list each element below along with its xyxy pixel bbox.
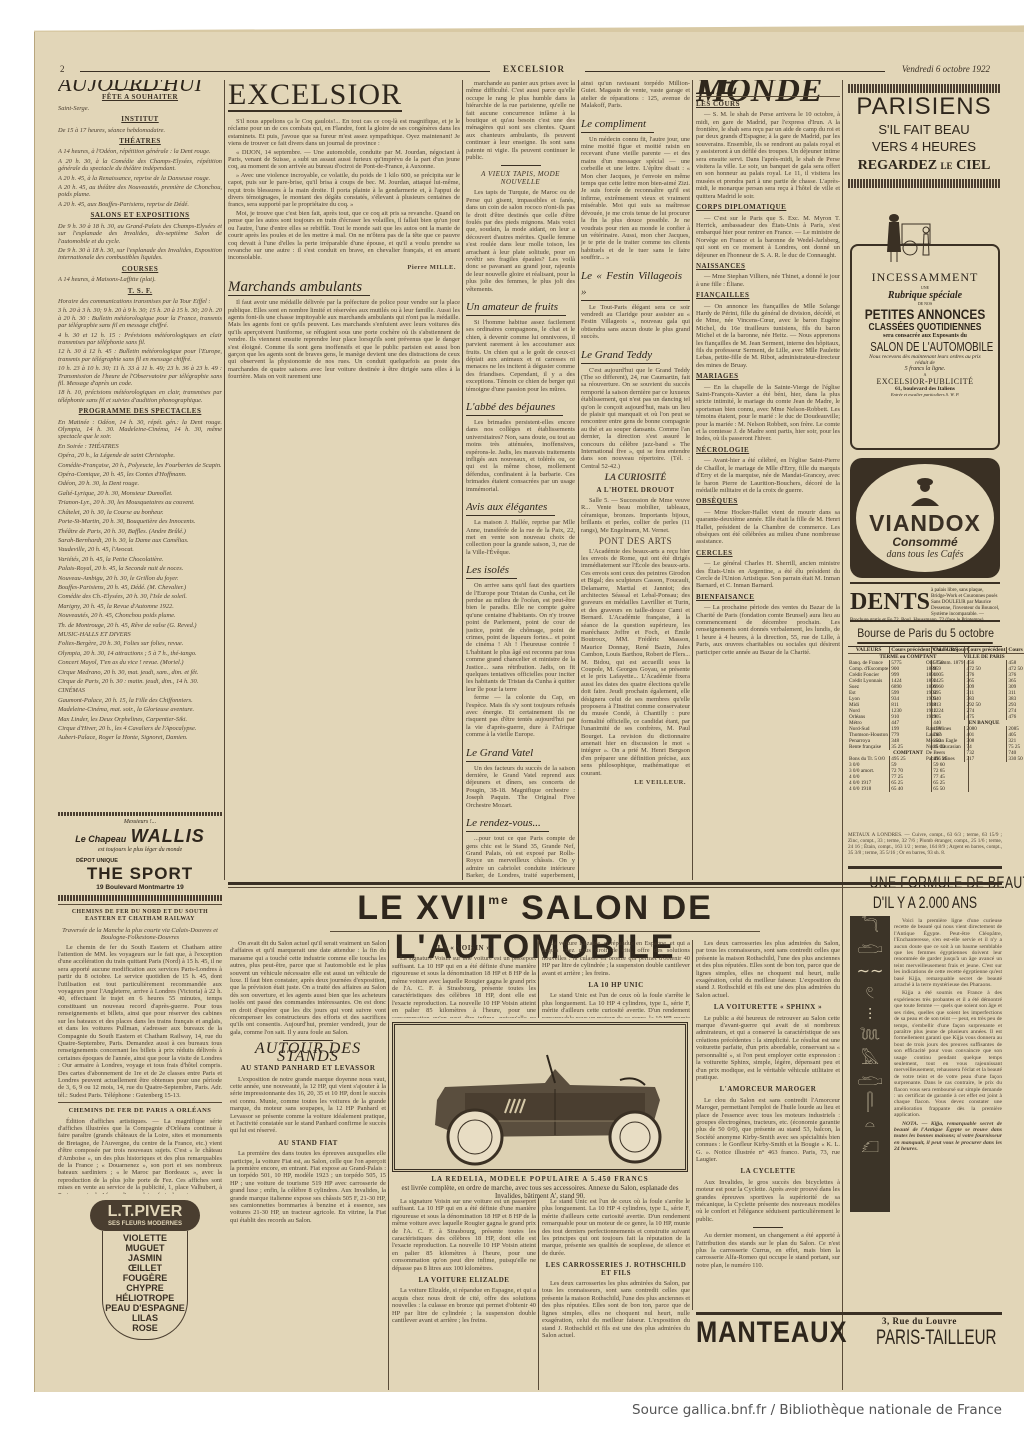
chemin-nord-body: Le chemin de fer du South Eastern et Cha… bbox=[58, 944, 222, 1100]
veilleur-signature: LE VEILLEUR. bbox=[581, 779, 686, 786]
listing-item: Olympia, 20 h. 30, 14 attractions ; 5 à … bbox=[58, 650, 222, 657]
sphinx-heading: LA VOITURETTE « SPHINX » bbox=[696, 1004, 840, 1011]
fiat-text: La première des dans toutes les épreuves… bbox=[230, 1150, 386, 1224]
parisiens-ad: PARISIENS S'IL FAIT BEAU VERS 4 HEURES R… bbox=[848, 84, 1000, 210]
wallis-tagline: est toujours le plus léger du monde bbox=[58, 847, 222, 853]
piver-scent: PEAU D'ESPAGNE bbox=[103, 1303, 187, 1313]
wallis-line1: Le Chapeau bbox=[75, 834, 126, 844]
piver-scent: VIOLETTE bbox=[103, 1233, 187, 1243]
stands-title: AUTOUR DES STANDS bbox=[230, 1045, 386, 1060]
section-heading: THÉATRES bbox=[58, 138, 222, 145]
chemins-de-fer-column: CHEMINS DE FER DU NORD ET DU SOUTH EASTE… bbox=[58, 904, 222, 1194]
fruits-text: Si l'homme habitue assez facilement ses … bbox=[466, 319, 575, 393]
listing-item: Concert Mayol, T'en as du vice ! revue. … bbox=[58, 659, 222, 666]
beaute-text2: Kijja a été soumis en France à des expér… bbox=[894, 990, 1002, 1118]
salon-last-note: Au dernier moment, un changement a été a… bbox=[696, 1232, 840, 1269]
listing-item: A 14 heures, à l'Odéon, répétition génér… bbox=[58, 148, 222, 155]
cyclette-text: Aux Invalides, le gros succès des bicycl… bbox=[696, 1179, 840, 1223]
listing-item: A 20 h. 45, au théâtre des Nouveautés, p… bbox=[58, 184, 222, 199]
pa-entree: Entrée et escalier particuliers S. W. P. bbox=[852, 392, 998, 397]
listing-item: Aubert-Palace, Roger la Honte, Signoret,… bbox=[58, 734, 222, 741]
article-paragraph: S'il nous appelions ça le Coq gaulois!..… bbox=[228, 118, 460, 148]
wallis-pre: Messieurs !... bbox=[58, 819, 222, 825]
listing-item: MUSIC-HALLS ET DIVERS bbox=[58, 631, 222, 638]
petites-annonces-ad: INCESSAMMENT UNE Rubrique spéciale DE NO… bbox=[850, 244, 1000, 450]
listing-item: 4 h. 30 et 12 h. 15 : Prévisions météoro… bbox=[58, 332, 222, 347]
compliment-text: Un médecin connu fit, l'autre jour, une … bbox=[581, 136, 690, 262]
issue-date: Vendredi 6 octobre 1922 bbox=[902, 64, 990, 74]
monde-section-heading: NAISSANCES bbox=[696, 263, 840, 270]
unic-heading: LA 10 HP UNIC bbox=[542, 982, 690, 989]
manteaux-store: PARIS-TAILLEUR bbox=[876, 1326, 996, 1350]
listing-item: Odéon, 20 h. 30, la Dent rouge. bbox=[58, 480, 222, 487]
listing-item: Folies-Bergère, 20 h. 30, Folies sur fol… bbox=[58, 640, 222, 647]
illustration-man-drinking-icon bbox=[856, 476, 994, 511]
redelia-car-photo bbox=[392, 1022, 688, 1172]
tapis-text: Les tapis de Turquie, de Maroc ou de Per… bbox=[466, 189, 575, 293]
car-illustration-icon bbox=[395, 1025, 685, 1169]
listing-item: En Matinée : Odéon, 14 h. 30, répét. gén… bbox=[58, 419, 222, 441]
listing-item: A 20 h. 30, à la Comédie des Champs-Elys… bbox=[58, 158, 222, 173]
monde-section-heading: BIENFAISANCE bbox=[696, 594, 840, 601]
dents-brand: DENTS bbox=[850, 587, 930, 617]
monde-section-heading: MARIAGES bbox=[696, 373, 840, 380]
source-attribution: Source gallica.bnf.fr / Bibliothèque nat… bbox=[0, 1402, 1024, 1418]
header-rule-left bbox=[80, 71, 490, 72]
header-rule-right bbox=[585, 71, 885, 72]
section-heading: PROGRAMME DES SPECTACLES bbox=[58, 408, 222, 415]
monde-section-text: — Avant-hier a été célébré, en l'église … bbox=[696, 457, 840, 494]
monde-section-heading: OBSÈQUES bbox=[696, 498, 840, 505]
piver-scent: JASMIN bbox=[103, 1253, 187, 1263]
monde-section-text: — C'est sur le Paris que S. Exc. M. Myro… bbox=[696, 215, 840, 259]
maroger-text: Le clou du Salon est sans contredit l'Am… bbox=[696, 1097, 840, 1164]
rendez-vous-heading: Le rendez-vous... bbox=[466, 815, 549, 832]
listing-item: Comédie des Ch.-Elysées, 20 h. 30, l'Isl… bbox=[58, 593, 222, 600]
chemin-nord-subtitle: Traversée de la Manche la plus courte vi… bbox=[58, 927, 222, 942]
rothschild-text: Les deux carrosseries les plus admirées … bbox=[542, 1280, 690, 1339]
page-number: 2 bbox=[60, 64, 65, 74]
excelsior-column: EXCELSIOR S'il nous appelions ça le Coq … bbox=[228, 80, 460, 880]
vatel-text: Un des facteurs du succès de la saison d… bbox=[466, 765, 575, 809]
newspaper-name: EXCELSIOR bbox=[503, 64, 565, 74]
fiat-heading: AU STAND FIAT bbox=[230, 1140, 386, 1147]
listing-item: A 14 heures, à Maisons-Laffitte (plat). bbox=[58, 276, 222, 283]
piver-brand: L.T.PIVER bbox=[90, 1203, 200, 1221]
listing-item: De 15 à 17 heures, séance hebdomadaire. bbox=[58, 127, 222, 134]
echos-column: marchande au panier aux prises avec la m… bbox=[466, 80, 690, 880]
voisin-text: La signature Voisin sur une voiture est … bbox=[392, 955, 536, 1018]
banner-ornament-rule bbox=[330, 931, 760, 932]
salon-col-2-bottom: La signature Voisin sur une voiture est … bbox=[392, 1198, 536, 1390]
viandox-brand: VIANDOX bbox=[856, 511, 994, 535]
salon-col-4: Les deux carrosseries les plus admirées … bbox=[696, 940, 840, 1310]
beaute-title2: D'IL Y A 2.000 ANS bbox=[870, 893, 981, 913]
marchands-text: Il faut avoir une médaille délivrée par … bbox=[228, 299, 460, 380]
pa-recevons: Nous recevons dès maintenant leurs ordre… bbox=[852, 354, 998, 366]
salon-col-3-top: La voiture Elizalde, si répandue en Espa… bbox=[542, 940, 690, 1018]
ad-divider-bottom bbox=[58, 895, 222, 901]
marchands-heading: Marchands ambulants bbox=[228, 279, 370, 296]
elegantes-text: La maison J. Hallée, reprise par Mlle An… bbox=[466, 519, 575, 556]
metaux-londres: MÉTAUX A LONDRES. — Cuivre, compt., 63 6… bbox=[848, 832, 1002, 862]
listing-item: Trianon-Lyr., 20 h. 30, les Mousquetaire… bbox=[58, 499, 222, 506]
piver-tagline: SES FLEURS MODERNES bbox=[90, 1221, 200, 1227]
photo-caption: LA REDELIA, MODELE POPULAIRE A 5.450 FRA… bbox=[392, 1175, 688, 1201]
piver-scent: CHYPRE bbox=[103, 1283, 187, 1293]
pa-incessamment: INCESSAMMENT bbox=[852, 270, 998, 285]
panhard-heading: AU STAND PANHARD ET LEVASSOR bbox=[230, 1065, 386, 1072]
piver-scent: MUGUET bbox=[103, 1243, 187, 1253]
curiosite-sub: A L'HOTEL DROUOT bbox=[581, 487, 690, 494]
parisiens-ciel: CIEL bbox=[956, 158, 990, 173]
beaute-text1: Voici la première ligne d'une curieuse r… bbox=[894, 918, 1002, 988]
pont-arts-text: L'Académie des beaux-arts a reçu hier le… bbox=[581, 548, 690, 778]
listing-item: Vaudeville, 20 h. 45, l'Avocat. bbox=[58, 546, 222, 553]
manteaux-address: 3, Rue du Louvre bbox=[882, 1316, 957, 1326]
excelsior-column-title: EXCELSIOR bbox=[228, 80, 402, 112]
article-signature: Pierre MILLE. bbox=[228, 264, 456, 271]
viandox-tag: dans tous les Cafés bbox=[856, 549, 994, 560]
pa-salon: SALON DE L'AUTOMOBILE bbox=[870, 339, 980, 354]
festin-heading: Le « Festin Villageois » bbox=[581, 268, 690, 301]
pa-classees: CLASSÉES QUOTIDIENNES bbox=[863, 322, 987, 333]
monde-section-text: — Mme Hocker-Hallet vient de mourir dans… bbox=[696, 509, 840, 546]
monde-section-text: — Le général Charles H. Sherrill, ancien… bbox=[696, 560, 840, 590]
bourse-ville-table: VALEURSCours précédentCours du jour VILL… bbox=[925, 647, 1024, 762]
piver-scents: VIOLETTEMUGUETJASMINŒILLETFOUGÈRECHYPREH… bbox=[102, 1231, 188, 1340]
article-paragraph: « DIJON, 14 septembre. — Une automobile,… bbox=[228, 149, 460, 171]
aujourdhui-title: AUJOURD'HUI bbox=[58, 80, 222, 87]
fruits-heading: Un amateur de fruits bbox=[466, 299, 566, 316]
price-cell: 317 bbox=[965, 756, 1007, 762]
listing-item: Cirque d'Hiver, 20 h., les 4 Cavaliers d… bbox=[58, 725, 222, 732]
table-row: Pacific Mines317330 50 bbox=[925, 756, 1024, 762]
article-paragraph: » Avec une violence incroyable, ce volat… bbox=[228, 172, 460, 209]
cyclette-heading: LA CYCLETTE bbox=[696, 1168, 840, 1175]
listing-item: Palais-Royal, 20 h. 45, la Seconde nuit … bbox=[58, 565, 222, 572]
listing-item: Marigny, 20 h. 45, la Revue d'Automne 19… bbox=[58, 603, 222, 610]
listing-item: 12 h. 30 à 12 h. 45 : Bulletin météorolo… bbox=[58, 348, 222, 363]
chemin-orleans-body: Édition d'affiches artistiques. — La mag… bbox=[58, 1118, 222, 1194]
listing-item: Nouveau-Ambigu, 20 h. 30, le Grillon du … bbox=[58, 575, 222, 582]
listing-item: Horaire des communications transmises pa… bbox=[58, 298, 222, 305]
beaute-nota: NOTA. — Kijja, remarquable secret de bea… bbox=[894, 1121, 1002, 1153]
parisiens-line3: VERS 4 HEURES bbox=[848, 138, 1000, 155]
listing-item: Gaîté-Lyrique, 20 h. 30, Monsieur Dumoll… bbox=[58, 490, 222, 497]
salon-col-1: On avait dit du Salon actuel qu'il serai… bbox=[230, 940, 386, 1390]
rothschild-text-cont: Les deux carrosseries les plus admirées … bbox=[696, 940, 840, 999]
hieroglyph-panel-icon: 𓆓𓂧∼∼𓏲⫶𓆙𓅓𓂧𓋴𓏏𓆎 bbox=[850, 916, 890, 1212]
viandox-ad: VIANDOX Consommé dans tous les Cafés bbox=[850, 458, 1000, 578]
curiosite-heading: LA CURIOSITÉ bbox=[581, 474, 690, 481]
rothschild-heading: LES CARROSSERIES J. ROTHSCHILD ET FILS bbox=[542, 1262, 690, 1277]
bourse-title: Bourse de Paris du 5 octobre bbox=[857, 626, 993, 644]
listing-item: Cirque de Paris, 20 h. 30 : matin. jeudi… bbox=[58, 678, 222, 685]
listing-item: Théâtre de Paris, 20 h. 30, Baffles. (An… bbox=[58, 528, 222, 535]
elizalde-text: La voiture Elizalde, si répandue en Espa… bbox=[392, 1287, 536, 1324]
listing-item: Châtelet, 20 h. 30, la Course au bonheur… bbox=[58, 509, 222, 516]
listing-item: De 9 h. 30 à 18 h. 30, sur l'esplanade d… bbox=[58, 247, 222, 262]
aujourdhui-column: AUJOURD'HUI FÊTE A SOUHAITERSaint-Serge.… bbox=[58, 80, 222, 810]
page-header: 2 EXCELSIOR Vendredi 6 octobre 1922 bbox=[60, 64, 990, 78]
le-monde-sections: LES COURS— S. M. le shah de Perse arrive… bbox=[696, 101, 840, 656]
isoles-heading: Les isolés bbox=[466, 562, 517, 579]
photo-caption-title: LA REDELIA, MODELE POPULAIRE A 5.450 FRA… bbox=[431, 1175, 648, 1183]
parisiens-regardez: REGARDEZ bbox=[858, 158, 937, 173]
aujourdhui-sections: FÊTE A SOUHAITERSaint-Serge.INSTITUTDe 1… bbox=[58, 94, 222, 741]
elizalde-heading: LA VOITURE ELIZALDE bbox=[392, 1277, 536, 1284]
listing-item: Opéra-Comique, 20 h. 45, les Contes d'Ho… bbox=[58, 471, 222, 478]
parisiens-le: LE bbox=[941, 161, 953, 171]
monde-section-heading: NÉCROLOGIE bbox=[696, 447, 840, 454]
wallis-ad: Messieurs !... Le Chapeau WALLIS est tou… bbox=[58, 812, 222, 902]
parisiens-line1: PARISIENS bbox=[848, 93, 1000, 121]
tapis-heading: A VIEUX TAPIS, MODE NOUVELLE bbox=[466, 171, 575, 186]
elizalde-text-top: La voiture Elizalde, si répandue en Espa… bbox=[542, 940, 690, 977]
curiosite-text: Salle 5. — Succession de Mme veuve R... … bbox=[581, 497, 690, 534]
listing-item: 3 h. 20 à 3 h. 30; 9 h. 20 à 9 h. 30; 15… bbox=[58, 307, 222, 329]
monde-section-text: — En la chapelle de la Sainte-Vierge de … bbox=[696, 384, 840, 443]
listing-item: Madeleine-Cinéma, mat. soir., la Glorieu… bbox=[58, 706, 222, 713]
section-heading: COURSES bbox=[58, 266, 222, 273]
echo-intro: marchande au panier aux prises avec la m… bbox=[466, 80, 575, 161]
le-monde-title: LE MONDE bbox=[696, 80, 840, 95]
listing-item: CINÉMAS bbox=[58, 687, 222, 694]
parisiens-line2: S'IL FAIT BEAU bbox=[848, 121, 1000, 138]
listing-item: Comédie-Française, 20 h., Polyeucte, les… bbox=[58, 462, 222, 469]
piver-scent: ŒILLET bbox=[103, 1263, 187, 1273]
listing-item: 18 h. 10, précisions météorologiques en … bbox=[58, 389, 222, 404]
illustration-woman-car-icon bbox=[882, 210, 937, 265]
viandox-sub: Consommé bbox=[856, 535, 994, 549]
article-paragraph: Moi, je trouve que c'est bien fait, aprè… bbox=[228, 210, 460, 262]
voisin-text-cont: La signature Voisin sur une voiture est … bbox=[392, 1198, 536, 1272]
ad-divider bbox=[58, 812, 222, 816]
monde-section-heading: CORPS DIPLOMATIQUE bbox=[696, 204, 840, 211]
pa-petites-annonces: PETITES ANNONCES bbox=[863, 306, 987, 322]
teddy-text: C'est aujourd'hui que le Grand Teddy (Th… bbox=[581, 367, 690, 471]
section-heading: T. S. F. bbox=[58, 288, 222, 295]
panhard-text: L'exposition de notre grande marque doye… bbox=[230, 1076, 386, 1135]
salon-col-3-bottom: Le stand Unic est l'un de ceux où la fou… bbox=[542, 1198, 690, 1390]
listing-item: En Soirée : THÉATRES bbox=[58, 443, 222, 450]
piver-scent: HÉLIOTROPE bbox=[103, 1293, 187, 1303]
monde-section-heading: FIANÇAILLES bbox=[696, 292, 840, 299]
monde-section-text: — La prochaine période des ventes du Baz… bbox=[696, 604, 840, 656]
pa-excelsior-publicite: EXCELSIOR-PUBLICITÉ bbox=[852, 377, 998, 386]
monde-section-text: — S. M. le shah de Perse arrivera le 10 … bbox=[696, 111, 840, 200]
festin-text: Le Tout-Paris élégant sera ce soir vendr… bbox=[581, 304, 690, 341]
isoles-text: On arrive sans qu'il faut des quartiers … bbox=[466, 582, 575, 693]
bourse-section: Bourse de Paris du 5 octobre VALEURSCour… bbox=[848, 626, 1002, 816]
le-monde-column: LE MONDE LES COURS— S. M. le shah de Per… bbox=[696, 80, 840, 880]
piver-scent: LILAS bbox=[103, 1313, 187, 1323]
compliment-heading: Le compliment bbox=[581, 116, 654, 133]
security-name: 4 0/0 1918 bbox=[848, 786, 890, 792]
listing-item: Saint-Serge. bbox=[58, 105, 222, 112]
listing-item: A 20 h. 45, aux Bouffes-Parisiens, repri… bbox=[58, 201, 222, 208]
dents-ad: DENTS à palais libre, sans plaque, Bridg… bbox=[850, 582, 1000, 622]
listing-item: Gaumont-Palace, 20 h. 15, la Fille des C… bbox=[58, 697, 222, 704]
listing-item: Bouffes-Parisiens, 20 h. 45, Dédé. (M. C… bbox=[58, 584, 222, 591]
listing-item: Variétés, 20 h. 45, la Petite Chocolatiè… bbox=[58, 556, 222, 563]
piver-scent: FOUGÈRE bbox=[103, 1273, 187, 1283]
monde-section-text: — Mme Stephan Villiers, née Thinet, a do… bbox=[696, 273, 840, 288]
listing-item: Sarah-Bernhardt, 20 h. 30, la Dame aux C… bbox=[58, 537, 222, 544]
excelsior-article: S'il nous appelions ça le Coq gaulois!..… bbox=[228, 118, 460, 262]
manteaux-ad: MANTEAUX 3, Rue du Louvre PARIS-TAILLEUR bbox=[696, 1316, 1002, 1356]
unic-text-top: Le stand Unic est l'un de ceux où la fou… bbox=[542, 992, 690, 1018]
listing-item: Max Linder, les Deux Orphelines, Carpent… bbox=[58, 716, 222, 723]
listing-item: Porte-St-Martin, 20 h. 30, Bouquetière d… bbox=[58, 518, 222, 525]
unic-text: Le stand Unic est l'un de ceux où la fou… bbox=[542, 1198, 690, 1257]
wallis-store: THE SPORT bbox=[58, 864, 222, 884]
salon-intro: On avait dit du Salon actuel qu'il serai… bbox=[230, 940, 386, 1036]
listing-item: Opéra, 20 h., la Légende de saint Christ… bbox=[58, 452, 222, 459]
piver-scent: ROSE bbox=[103, 1323, 187, 1333]
section-heading: SALONS ET EXPOSITIONS bbox=[58, 212, 222, 219]
listing-item: Cirque Medrano, 20 h. 30, mat. jeudi, sa… bbox=[58, 669, 222, 676]
beaute-ad: UNE FORMULE DE BEAUTÉ D'IL Y A 2.000 ANS… bbox=[848, 866, 1002, 1292]
piver-header: L.T.PIVER SES FLEURS MODERNES bbox=[90, 1200, 200, 1231]
listing-item: Th. de Montrouge, 20 h. 45, Rêve de vals… bbox=[58, 622, 222, 629]
sphinx-text: Le public a été heureux de retrouver au … bbox=[696, 1015, 840, 1082]
listing-item: De 9 h. 30 à 18 h. 30, au Grand-Palais d… bbox=[58, 223, 222, 245]
piver-ad: L.T.PIVER SES FLEURS MODERNES VIOLETTEMU… bbox=[90, 1200, 200, 1345]
listing-item: 10 h. 23 à 10 h. 30; 11 h. 33 à 11 h. 49… bbox=[58, 365, 222, 387]
price-cell: 330 50 bbox=[1007, 756, 1024, 762]
wallis-brand: WALLIS bbox=[131, 826, 205, 846]
bejaunes-heading: L'abbé des béjaunes bbox=[466, 399, 563, 416]
monde-section-text: — On annonce les fiançailles de Mlle Sol… bbox=[696, 303, 840, 370]
manteaux-brand: MANTEAUX bbox=[696, 1316, 847, 1350]
salon-col-2-top: LA « VOISIN » La signature Voisin sur un… bbox=[392, 940, 536, 1018]
monde-section-heading: CERCLES bbox=[696, 550, 840, 557]
bejaunes-text: Les brimades persistent-elles encore dan… bbox=[466, 419, 575, 493]
elegantes-heading: Avis aux élégantes bbox=[466, 499, 555, 516]
security-name: Pacific Mines bbox=[925, 756, 965, 762]
pa-rubrique: Rubrique spéciale bbox=[852, 290, 998, 301]
chemin-orleans-title: CHEMINS DE FER DE PARIS A ORLÉANS bbox=[58, 1107, 222, 1114]
listing-item: A 20 h. 45, à la Renaissance, reprise de… bbox=[58, 175, 222, 182]
wallis-address: 19 Boulevard Montmartre 19 bbox=[58, 884, 222, 891]
pont-arts-heading: PONT DES ARTS bbox=[581, 538, 690, 545]
vatel-heading: Le Grand Vatel bbox=[466, 745, 541, 762]
voisin-heading: LA « VOISIN » bbox=[392, 945, 536, 952]
chemin-nord-title: CHEMINS DE FER DU NORD ET DU SOUTH EASTE… bbox=[58, 909, 222, 924]
echo-intro-2: ferme — la colonie du Cap, en l'espèce. … bbox=[466, 694, 575, 738]
teddy-heading: Le Grand Teddy bbox=[581, 347, 660, 364]
maroger-heading: L'AMORCEUR MAROGER bbox=[696, 1086, 840, 1093]
section-heading: INSTITUT bbox=[58, 116, 222, 123]
listing-item: Nouveautés, 20 h. 45, Chonchou poids plu… bbox=[58, 612, 222, 619]
